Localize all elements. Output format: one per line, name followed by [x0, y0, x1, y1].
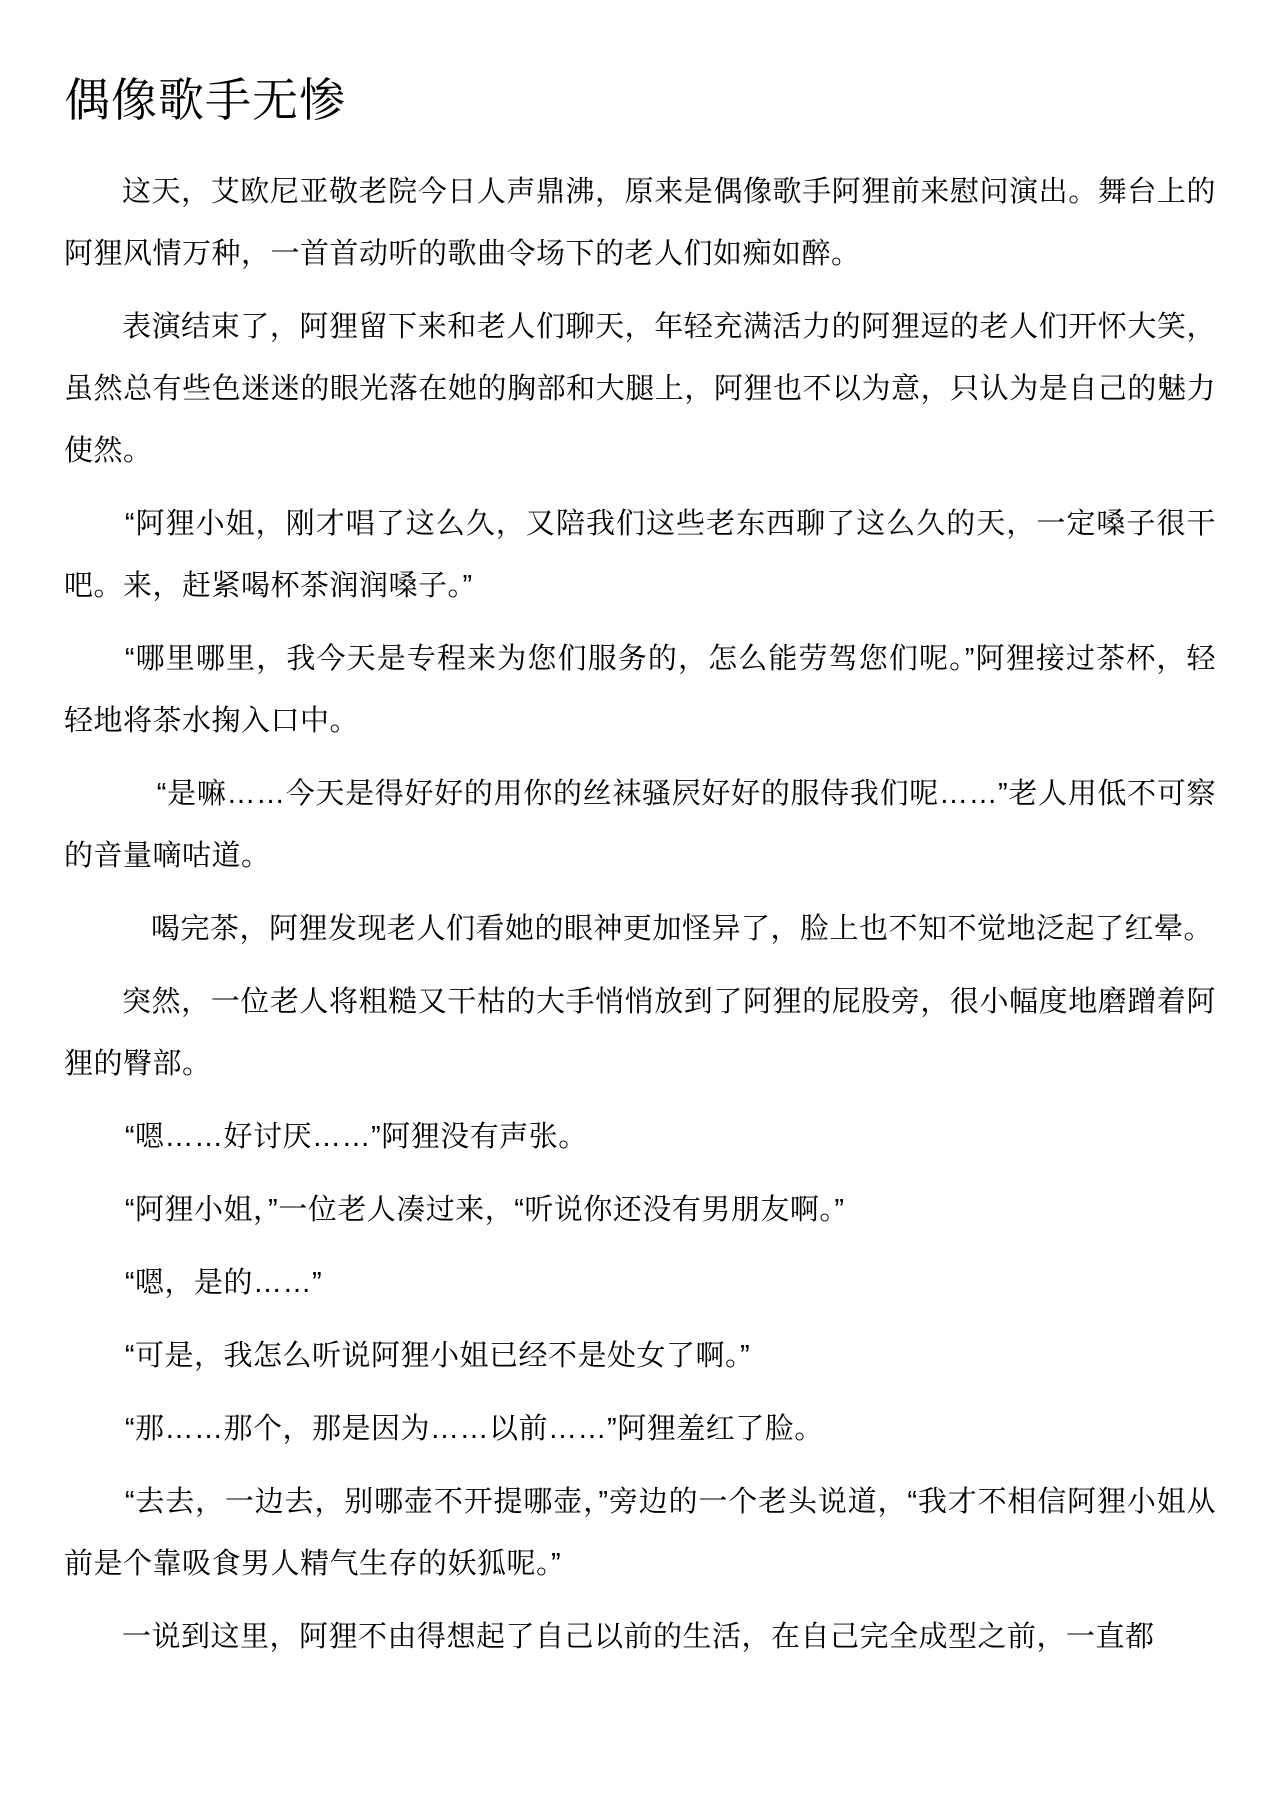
- document-page: 偶像歌手无惨 这天，艾欧尼亚敬老院今日人声鼎沸，原来是偶像歌手阿狸前来慰问演出。…: [0, 0, 1280, 1810]
- body-text: 这天，艾欧尼亚敬老院今日人声鼎沸，原来是偶像歌手阿狸前来慰问演出。舞台上的阿狸风…: [64, 161, 1216, 1668]
- paragraph: “去去，一边去，别哪壶不开提哪壶，”旁边的一个老头说道，“我才不相信阿狸小姐从前…: [64, 1471, 1216, 1595]
- paragraph: 表演结束了，阿狸留下来和老人们聊天，年轻充满活力的阿狸逗的老人们开怀大笑，虽然总…: [64, 296, 1216, 482]
- paragraph: 这天，艾欧尼亚敬老院今日人声鼎沸，原来是偶像歌手阿狸前来慰问演出。舞台上的阿狸风…: [64, 161, 1216, 285]
- paragraph: “哪里哪里，我今天是专程来为您们服务的，怎么能劳驾您们呢。”阿狸接过茶杯，轻轻地…: [64, 628, 1216, 752]
- paragraph: “那……那个，那是因为……以前……”阿狸羞红了脸。: [64, 1398, 1216, 1460]
- paragraph: “阿狸小姐，刚才唱了这么久，又陪我们这些老东西聊了这么久的天，一定嗓子很干吧。来…: [64, 493, 1216, 617]
- paragraph: 突然，一位老人将粗糙又干枯的大手悄悄放到了阿狸的屁股旁，很小幅度地磨蹭着阿狸的臀…: [64, 971, 1216, 1095]
- paragraph: 一说到这里，阿狸不由得想起了自己以前的生活，在自己完全成型之前，一直都: [64, 1606, 1216, 1668]
- paragraph: 喝完茶，阿狸发现老人们看她的眼神更加怪异了，脸上也不知不觉地泛起了红晕。: [64, 898, 1216, 960]
- paragraph: “嗯，是的……”: [64, 1252, 1216, 1314]
- paragraph: “阿狸小姐，”一位老人凑过来，“听说你还没有男朋友啊。”: [64, 1179, 1216, 1241]
- paragraph: “可是，我怎么听说阿狸小姐已经不是处女了啊。”: [64, 1325, 1216, 1387]
- page-title: 偶像歌手无惨: [64, 74, 1216, 127]
- paragraph: “是嘛……今天是得好好的用你的丝袜骚屄好好的服侍我们呢……”老人用低不可察的音量…: [64, 763, 1216, 887]
- paragraph: “嗯……好讨厌……”阿狸没有声张。: [64, 1106, 1216, 1168]
